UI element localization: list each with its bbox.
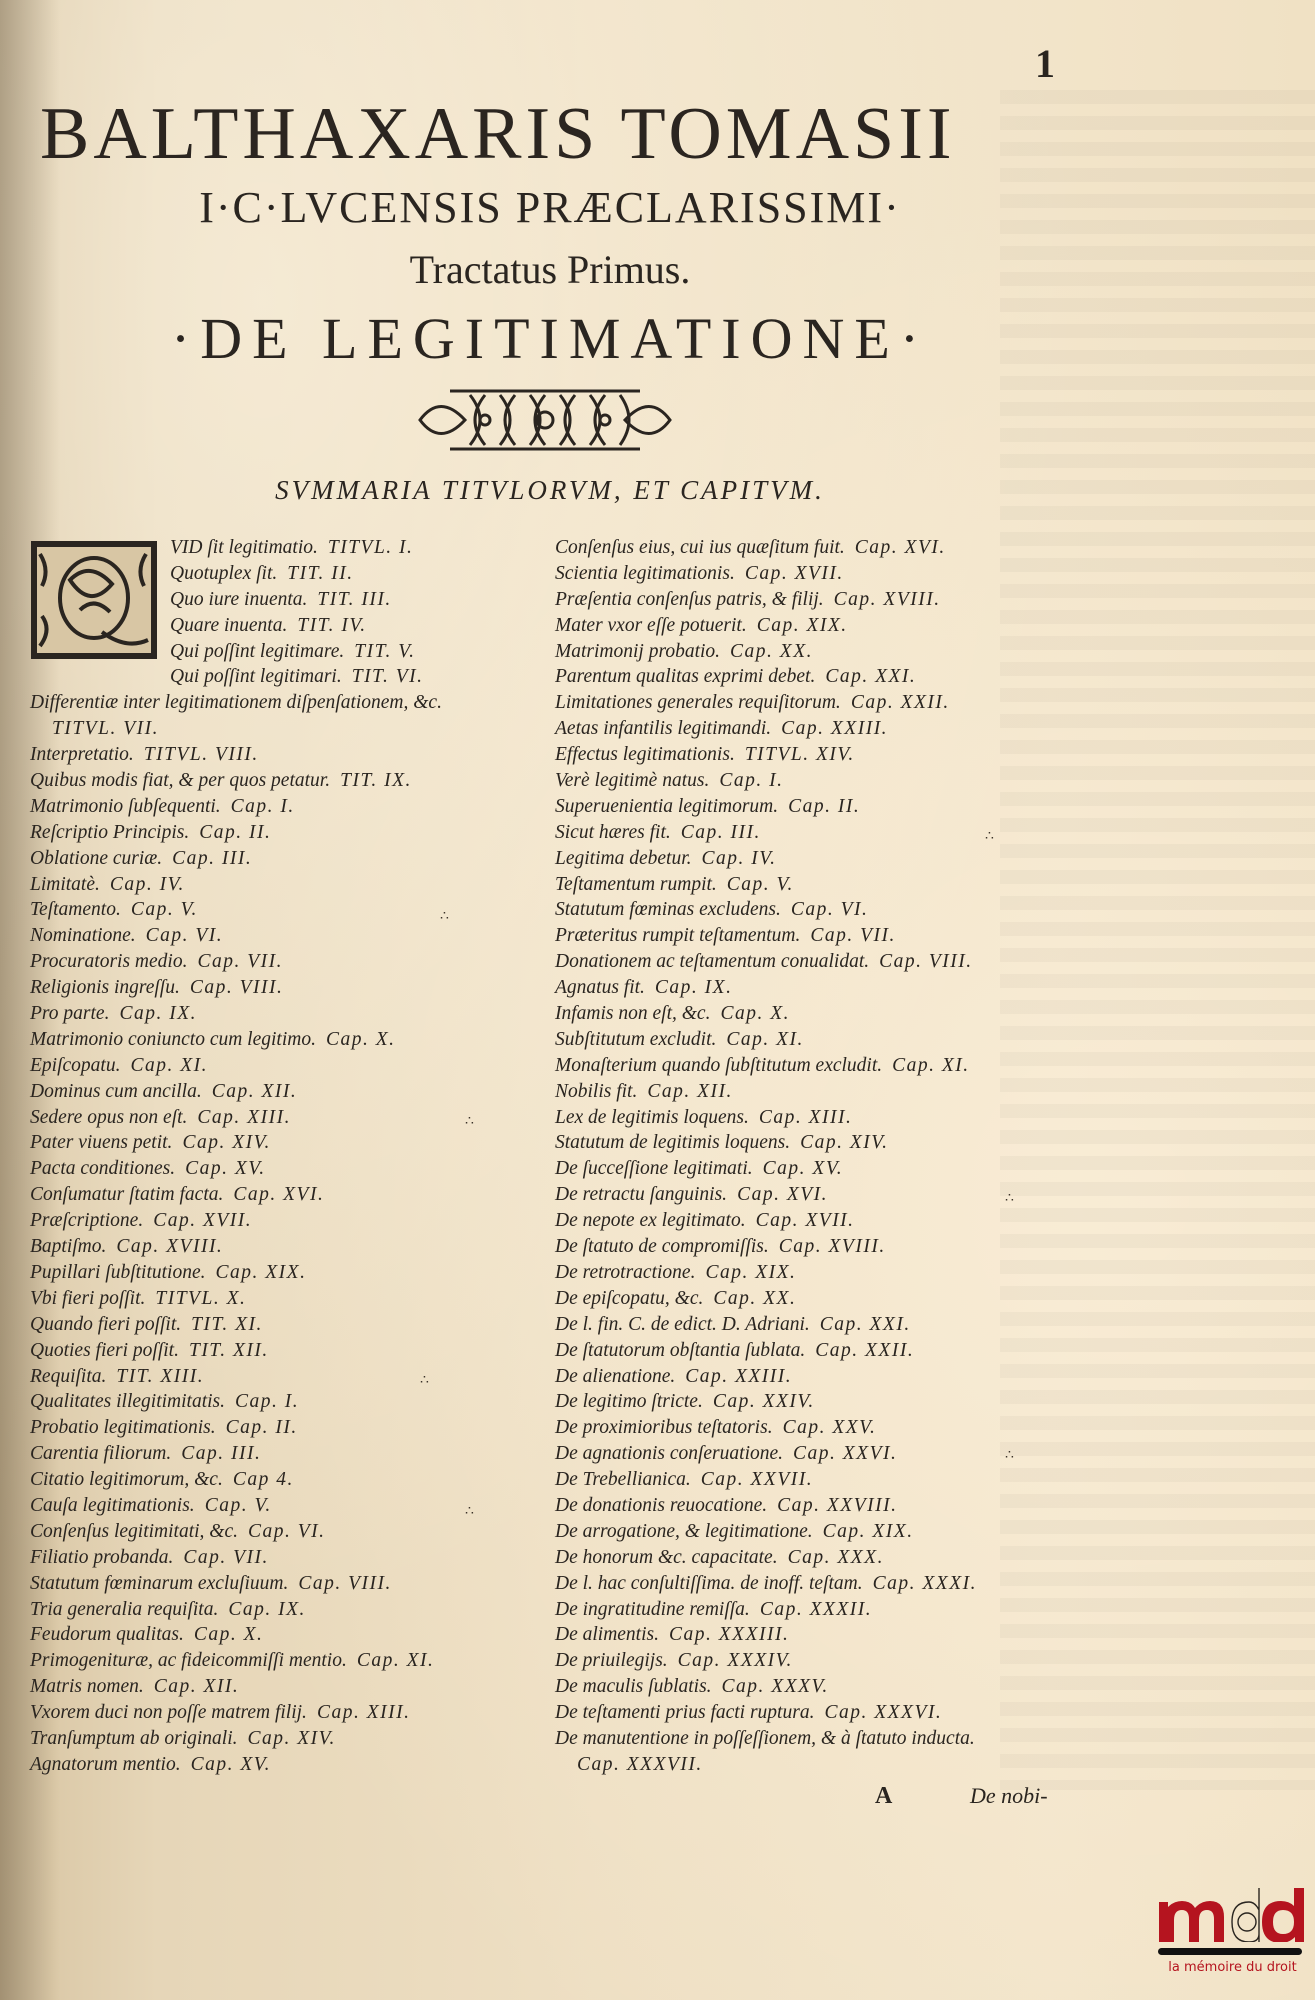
- contents-entry: Verè legitimè natus.Cap. I.: [555, 768, 1075, 794]
- contents-entry: Conſenſus eius, cui ius quæſitum fuit.Ca…: [555, 535, 1075, 561]
- entry-title: Sedere opus non eſt.: [30, 1107, 187, 1128]
- entry-title: Sicut hæres fit.: [555, 822, 671, 843]
- entry-reference: TIT. IX.: [340, 770, 412, 791]
- entry-title: Verè legitimè natus.: [555, 770, 709, 791]
- entry-reference: Cap. XIX.: [757, 615, 848, 636]
- entry-title: Teſtamento.: [30, 899, 121, 920]
- entry-title: Nominatione.: [30, 925, 136, 946]
- contents-entry: Cauſa legitimationis.Cap. V.: [30, 1493, 540, 1519]
- contents-entry: De Trebellianica.Cap. XXVII.: [555, 1467, 1075, 1493]
- contents-entry: Conſenſus legitimitati, &c.Cap. VI.: [30, 1519, 540, 1545]
- entry-reference: Cap. II.: [226, 1417, 298, 1438]
- contents-entry: De donationis reuocatione.Cap. XXVIII.: [555, 1493, 1075, 1519]
- entry-reference: TIT. VI.: [352, 666, 424, 687]
- entry-title: De teſtamenti prius facti ruptura.: [555, 1702, 814, 1723]
- entry-title: Tranſumptum ab originali.: [30, 1728, 238, 1749]
- contents-entry: De manutentione in poſſeſſionem, & à ſta…: [555, 1726, 1075, 1752]
- entry-reference: Cap. XII.: [154, 1676, 240, 1697]
- contents-entry: Quibus modis fiat, & per quos petatur.TI…: [30, 768, 540, 794]
- entry-reference: Cap. VIII.: [190, 977, 284, 998]
- entry-title: Pacta conditiones.: [30, 1158, 175, 1179]
- entry-title: De priuilegijs.: [555, 1650, 668, 1671]
- ink-speck: ∴: [465, 1503, 474, 1520]
- contents-entry: De alimentis.Cap. XXXIII.: [555, 1622, 1075, 1648]
- entry-title: De ingratitudine remiſſa.: [555, 1599, 750, 1620]
- entry-reference: TITVL. XIV.: [745, 744, 855, 765]
- entry-reference: Cap. XVIII.: [116, 1236, 223, 1257]
- entry-title: Pater viuens petit.: [30, 1132, 172, 1153]
- contents-entry: Qui poſſint legitimare.TIT. V.: [30, 639, 540, 665]
- entry-title: Vbi fieri poſſit.: [30, 1288, 145, 1309]
- entry-reference: Cap. XXXII.: [760, 1599, 872, 1620]
- entry-reference: Cap. XXXVII.: [577, 1754, 703, 1775]
- contents-entry: Primogenituræ, ac fideicommiſſi mentio.C…: [30, 1648, 540, 1674]
- contents-entry: Sicut hæres fit.Cap. III.: [555, 820, 1075, 846]
- contents-entry: De epiſcopatu, &c.Cap. XX.: [555, 1286, 1075, 1312]
- entry-reference: TIT. XI.: [191, 1314, 263, 1335]
- author-title: BALTHAXARIS TOMASII: [40, 92, 1080, 177]
- entry-reference: Cap. II.: [199, 822, 271, 843]
- entry-reference: Cap. XXI.: [820, 1314, 911, 1335]
- contents-entry: Citatio legitimorum, &c.Cap 4.: [30, 1467, 540, 1493]
- entry-reference: Cap. VI.: [146, 925, 224, 946]
- contents-entry: Agnatorum mentio.Cap. XV.: [30, 1752, 540, 1778]
- contents-entry: Nominatione.Cap. VI.: [30, 923, 540, 949]
- contents-entry: Matrimonij probatio.Cap. XX.: [555, 639, 1075, 665]
- entry-reference: Cap. XX.: [713, 1288, 796, 1309]
- entry-reference: TIT. IV.: [297, 615, 366, 636]
- entry-title: Quare inuenta.: [170, 615, 287, 636]
- entry-title: De Trebellianica.: [555, 1469, 691, 1490]
- entry-title: De ſucceſſione legitimati.: [555, 1158, 753, 1179]
- entry-title: Monaſterium quando ſubſtitutum excludit.: [555, 1055, 882, 1076]
- logo-divider: [1158, 1948, 1302, 1955]
- entry-reference: Cap. XV.: [185, 1158, 265, 1179]
- contents-entry: Probatio legitimationis.Cap. II.: [30, 1415, 540, 1441]
- contents-entry: De alienatione.Cap. XXIII.: [555, 1364, 1075, 1390]
- contents-entry: Præſentia conſenſus patris, & filij.Cap.…: [555, 587, 1075, 613]
- entry-title: De proximioribus teſtatoris.: [555, 1417, 773, 1438]
- entry-reference: TIT. III.: [317, 589, 391, 610]
- contents-entry: De retrotractione.Cap. XIX.: [555, 1260, 1075, 1286]
- entry-title: Agnatorum mentio.: [30, 1754, 181, 1775]
- entry-reference: Cap. XIX.: [823, 1521, 914, 1542]
- contents-entry: Subſtitutum excludit.Cap. XI.: [555, 1027, 1075, 1053]
- entry-title: Matris nomen.: [30, 1676, 144, 1697]
- entry-reference: Cap. XVII.: [745, 563, 844, 584]
- entry-title: Quotuplex ſit.: [170, 563, 277, 584]
- contents-entry: Differentiæ inter legitimationem diſpenſ…: [30, 690, 540, 716]
- entry-title: Quoties fieri poſſit.: [30, 1340, 179, 1361]
- entry-title: VID ſit legitimatio.: [170, 537, 318, 558]
- contents-entry: Epiſcopatu.Cap. XI.: [30, 1053, 540, 1079]
- entry-title: Reſcriptio Principis.: [30, 822, 189, 843]
- entry-title: Epiſcopatu.: [30, 1055, 120, 1076]
- entry-reference: Cap. III.: [172, 848, 252, 869]
- right-contents-column: Conſenſus eius, cui ius quæſitum fuit.Ca…: [555, 535, 1075, 1778]
- entry-reference: Cap. I.: [235, 1391, 299, 1412]
- entry-reference: Cap. XVIII.: [779, 1236, 886, 1257]
- entry-title: Pro parte.: [30, 1003, 109, 1024]
- entry-title: De legitimo ſtricte.: [555, 1391, 703, 1412]
- entry-reference: Cap. XXXIV.: [678, 1650, 793, 1671]
- contents-entry: Pacta conditiones.Cap. XV.: [30, 1156, 540, 1182]
- entry-reference: Cap. XIV.: [182, 1132, 270, 1153]
- entry-title: Limitatè.: [30, 874, 100, 895]
- contents-entry: Statutum fœminarum excluſiuum.Cap. VIII.: [30, 1571, 540, 1597]
- contents-entry: Aetas infantilis legitimandi.Cap. XXIII.: [555, 716, 1075, 742]
- entry-reference: Cap. XV.: [763, 1158, 843, 1179]
- ink-speck: ∴: [420, 1372, 429, 1389]
- entry-reference: Cap. XXI.: [825, 666, 916, 687]
- contents-entry: Vxorem duci non poſſe matrem filij.Cap. …: [30, 1700, 540, 1726]
- contents-entry: Teſtamento.Cap. V.: [30, 897, 540, 923]
- contents-entry: Qualitates illegitimitatis.Cap. I.: [30, 1389, 540, 1415]
- entry-reference: Cap. V.: [131, 899, 198, 920]
- entry-title: Dominus cum ancilla.: [30, 1081, 202, 1102]
- entry-title: Primogenituræ, ac fideicommiſſi mentio.: [30, 1650, 347, 1671]
- entry-reference: Cap. VI.: [791, 899, 869, 920]
- entry-title: Quo iure inuenta.: [170, 589, 307, 610]
- entry-title: Præteritus rumpit teſtamentum.: [555, 925, 800, 946]
- contents-entry: De legitimo ſtricte.Cap. XXIV.: [555, 1389, 1075, 1415]
- entry-title: Statutum fœminarum excluſiuum.: [30, 1573, 288, 1594]
- contents-entry: Præteritus rumpit teſtamentum.Cap. VII.: [555, 923, 1075, 949]
- contents-entry: De teſtamenti prius facti ruptura.Cap. X…: [555, 1700, 1075, 1726]
- entry-reference: Cap. XXIV.: [713, 1391, 815, 1412]
- summary-heading: SVMMARIA TITVLORVM, ET CAPITVM.: [150, 475, 950, 506]
- contents-entry: Reſcriptio Principis.Cap. II.: [30, 820, 540, 846]
- contents-entry: Teſtamentum rumpit.Cap. V.: [555, 872, 1075, 898]
- entry-title: Baptiſmo.: [30, 1236, 106, 1257]
- entry-reference: Cap. XXVIII.: [777, 1495, 897, 1516]
- entry-title: Superuenientia legitimorum.: [555, 796, 778, 817]
- entry-reference: Cap. I.: [231, 796, 295, 817]
- entry-reference: Cap. XXII.: [815, 1340, 914, 1361]
- contents-entry: Lex de legitimis loquens.Cap. XIII.: [555, 1105, 1075, 1131]
- entry-reference: TITVL. VII.: [52, 718, 159, 739]
- contents-entry: De ſtatutorum obſtantia ſublata.Cap. XXI…: [555, 1338, 1075, 1364]
- entry-reference: Cap. VII.: [197, 951, 283, 972]
- contents-entry: Oblatione curiæ.Cap. III.: [30, 846, 540, 872]
- entry-reference: Cap. XI.: [726, 1029, 804, 1050]
- entry-title: Præſentia conſenſus patris, & filij.: [555, 589, 824, 610]
- entry-title: De l. hac conſultiſſima. de inoff. teſta…: [555, 1573, 863, 1594]
- entry-title: Quibus modis fiat, & per quos petatur.: [30, 770, 330, 791]
- entry-reference: Cap. VII.: [810, 925, 896, 946]
- entry-reference: Cap. XIX.: [705, 1262, 796, 1283]
- entry-title: Aetas infantilis legitimandi.: [555, 718, 771, 739]
- entry-title: Nobilis fit.: [555, 1081, 637, 1102]
- entry-reference: Cap. XIII.: [759, 1107, 853, 1128]
- contents-entry: Monaſterium quando ſubſtitutum excludit.…: [555, 1053, 1075, 1079]
- entry-title: Subſtitutum excludit.: [555, 1029, 716, 1050]
- entry-title: De agnationis conſeruatione.: [555, 1443, 783, 1464]
- contents-entry: Feudorum qualitas.Cap. X.: [30, 1622, 540, 1648]
- entry-title: Teſtamentum rumpit.: [555, 874, 717, 895]
- entry-title: Matrimonio ſubſequenti.: [30, 796, 221, 817]
- entry-title: Pupillari ſubſtitutione.: [30, 1262, 206, 1283]
- entry-reference: TIT. XIII.: [116, 1366, 204, 1387]
- entry-title: De ſtatuto de compromiſſis.: [555, 1236, 769, 1257]
- contents-entry: Qui poſſint legitimari.TIT. VI.: [30, 664, 540, 690]
- logo-tagline: la mémoire du droit: [1155, 1960, 1310, 1975]
- contents-entry: Pater viuens petit.Cap. XIV.: [30, 1130, 540, 1156]
- entry-reference: Cap. XXVI.: [793, 1443, 897, 1464]
- contents-entry: Interpretatio.TITVL. VIII.: [30, 742, 540, 768]
- entry-reference: Cap. XII.: [212, 1081, 298, 1102]
- entry-title: Requiſita.: [30, 1366, 106, 1387]
- entry-reference: Cap. IV.: [110, 874, 185, 895]
- contents-entry: Quo iure inuenta.TIT. III.: [30, 587, 540, 613]
- contents-entry: Agnatus fit.Cap. IX.: [555, 975, 1075, 1001]
- contents-entry: Religionis ingreſſu.Cap. VIII.: [30, 975, 540, 1001]
- entry-reference: TIT. II.: [287, 563, 353, 584]
- entry-title: De maculis ſublatis.: [555, 1676, 712, 1697]
- entry-reference: Cap. XXXVI.: [824, 1702, 942, 1723]
- entry-title: De donationis reuocatione.: [555, 1495, 767, 1516]
- entry-title: De l. fin. C. de edict. D. Adriani.: [555, 1314, 810, 1335]
- page-number: 1: [1035, 40, 1055, 87]
- entry-reference: Cap. XVII.: [153, 1210, 252, 1231]
- entry-title: Parentum qualitas exprimi debet.: [555, 666, 815, 687]
- entry-reference: Cap. III.: [681, 822, 761, 843]
- contents-entry: De ſtatuto de compromiſſis.Cap. XVIII.: [555, 1234, 1075, 1260]
- contents-entry: De ſucceſſione legitimati.Cap. XV.: [555, 1156, 1075, 1182]
- entry-title: De alienatione.: [555, 1366, 675, 1387]
- contents-entry: Præſcriptione.Cap. XVII.: [30, 1208, 540, 1234]
- entry-title: Infamis non eſt, &c.: [555, 1003, 710, 1024]
- contents-entry: Matrimonio ſubſequenti.Cap. I.: [30, 794, 540, 820]
- entry-title: Differentiæ inter legitimationem diſpenſ…: [30, 692, 442, 713]
- entry-title: Effectus legitimationis.: [555, 744, 735, 765]
- entry-title: Statutum de legitimis loquens.: [555, 1132, 790, 1153]
- contents-entry: Filiatio probanda.Cap. VII.: [30, 1545, 540, 1571]
- entry-title: De nepote ex legitimato.: [555, 1210, 746, 1231]
- entry-reference: Cap. XXXI.: [873, 1573, 977, 1594]
- ink-speck: ∴: [985, 828, 994, 845]
- contents-entry: Donationem ac teſtamentum conualidat.Cap…: [555, 949, 1075, 975]
- contents-entry: TITVL. VII.: [30, 716, 540, 742]
- entry-reference: Cap. XV.: [191, 1754, 271, 1775]
- entry-reference: Cap. V.: [727, 874, 794, 895]
- entry-reference: Cap. XIV.: [800, 1132, 888, 1153]
- ink-speck: ∴: [440, 908, 449, 925]
- entry-reference: Cap. XVI.: [233, 1184, 324, 1205]
- entry-reference: Cap. XIX.: [216, 1262, 307, 1283]
- entry-title: Scientia legitimationis.: [555, 563, 735, 584]
- entry-reference: Cap. XXIII.: [685, 1366, 792, 1387]
- contents-entry: De priuilegijs.Cap. XXXIV.: [555, 1648, 1075, 1674]
- entry-reference: Cap. II.: [788, 796, 860, 817]
- entry-reference: TIT. V.: [354, 641, 415, 662]
- entry-reference: Cap. III.: [181, 1443, 261, 1464]
- entry-title: De honorum &c. capacitate.: [555, 1547, 778, 1568]
- entry-reference: Cap. XVI.: [737, 1184, 828, 1205]
- contents-entry: Tranſumptum ab originali.Cap. XIV.: [30, 1726, 540, 1752]
- entry-title: De alimentis.: [555, 1624, 659, 1645]
- entry-reference: Cap. XX.: [730, 641, 813, 662]
- entry-reference: TIT. XII.: [189, 1340, 269, 1361]
- contents-entry: Requiſita.TIT. XIII.: [30, 1364, 540, 1390]
- contents-entry: Scientia legitimationis.Cap. XVII.: [555, 561, 1075, 587]
- entry-reference: Cap. IV.: [702, 848, 777, 869]
- entry-title: Legitima debetur.: [555, 848, 692, 869]
- contents-entry: Dominus cum ancilla.Cap. XII.: [30, 1079, 540, 1105]
- entry-reference: Cap. XI.: [357, 1650, 435, 1671]
- entry-reference: Cap. V.: [205, 1495, 272, 1516]
- entry-reference: Cap. XIV.: [248, 1728, 336, 1749]
- entry-reference: Cap. XXII.: [851, 692, 950, 713]
- entry-title: Conſenſus legitimitati, &c.: [30, 1521, 238, 1542]
- entry-reference: Cap. IX.: [119, 1003, 197, 1024]
- entry-reference: Cap. IX.: [655, 977, 733, 998]
- book-page: 1 BALTHAXARIS TOMASII I·C·LVCENSIS PRÆCL…: [0, 0, 1315, 2000]
- entry-title: Filiatio probanda.: [30, 1547, 173, 1568]
- entry-title: De epiſcopatu, &c.: [555, 1288, 703, 1309]
- contents-entry: Pro parte.Cap. IX.: [30, 1001, 540, 1027]
- ink-speck: ∴: [465, 1113, 474, 1130]
- entry-title: Mater vxor eſſe potuerit.: [555, 615, 747, 636]
- entry-title: Limitationes generales requiſitorum.: [555, 692, 841, 713]
- entry-reference: Cap. XXVII.: [701, 1469, 813, 1490]
- contents-entry: Carentia filiorum.Cap. III.: [30, 1441, 540, 1467]
- entry-reference: Cap. XVII.: [756, 1210, 855, 1231]
- entry-title: Statutum fœminas excludens.: [555, 899, 781, 920]
- publisher-watermark: la mémoire du droit: [1155, 1888, 1305, 1993]
- entry-reference: Cap. XXXV.: [722, 1676, 829, 1697]
- contents-entry: De l. hac conſultiſſima. de inoff. teſta…: [555, 1571, 1075, 1597]
- ink-speck: ∴: [1005, 1190, 1014, 1207]
- entry-reference: Cap. XI.: [892, 1055, 970, 1076]
- entry-title: Feudorum qualitas.: [30, 1624, 184, 1645]
- contents-entry: Vbi fieri poſſit.TITVL. X.: [30, 1286, 540, 1312]
- entry-reference: Cap. VIII.: [298, 1573, 392, 1594]
- contents-entry: Superuenientia legitimorum.Cap. II.: [555, 794, 1075, 820]
- contents-entry: Parentum qualitas exprimi debet.Cap. XXI…: [555, 664, 1075, 690]
- contents-entry: Matris nomen.Cap. XII.: [30, 1674, 540, 1700]
- entry-reference: Cap. VI.: [248, 1521, 326, 1542]
- entry-reference: Cap. X.: [194, 1624, 264, 1645]
- contents-entry: De nepote ex legitimato.Cap. XVII.: [555, 1208, 1075, 1234]
- treatise-label: Tractatus Primus.: [50, 246, 1050, 293]
- contents-entry: Quando fieri poſſit.TIT. XI.: [30, 1312, 540, 1338]
- contents-entry: Quotuplex ſit.TIT. II.: [30, 561, 540, 587]
- entry-reference: Cap. XII.: [647, 1081, 733, 1102]
- entry-title: De manutentione in poſſeſſionem, & à ſta…: [555, 1728, 975, 1749]
- contents-entry: Conſumatur ſtatim facta.Cap. XVI.: [30, 1182, 540, 1208]
- treatise-title: ·DE LEGITIMATIONE·: [50, 305, 1050, 372]
- entry-title: Carentia filiorum.: [30, 1443, 171, 1464]
- contents-entry: Quare inuenta.TIT. IV.: [30, 613, 540, 639]
- entry-reference: Cap. I.: [719, 770, 783, 791]
- entry-reference: Cap. XXX.: [788, 1547, 884, 1568]
- entry-reference: Cap. X.: [720, 1003, 790, 1024]
- entry-title: Religionis ingreſſu.: [30, 977, 180, 998]
- entry-reference: Cap. XI.: [130, 1055, 208, 1076]
- contents-entry: Cap. XXXVII.: [555, 1752, 1075, 1778]
- contents-entry: Legitima debetur.Cap. IV.: [555, 846, 1075, 872]
- entry-title: De retractu ſanguinis.: [555, 1184, 727, 1205]
- contents-entry: De honorum &c. capacitate.Cap. XXX.: [555, 1545, 1075, 1571]
- entry-title: Procuratoris medio.: [30, 951, 187, 972]
- entry-title: Probatio legitimationis.: [30, 1417, 216, 1438]
- contents-entry: De agnationis conſeruatione.Cap. XXVI.: [555, 1441, 1075, 1467]
- contents-entry: Statutum fœminas excludens.Cap. VI.: [555, 897, 1075, 923]
- signature-mark: A: [875, 1783, 892, 1810]
- entry-reference: Cap. VII.: [183, 1547, 269, 1568]
- contents-entry: Pupillari ſubſtitutione.Cap. XIX.: [30, 1260, 540, 1286]
- contents-entry: Infamis non eſt, &c.Cap. X.: [555, 1001, 1075, 1027]
- entry-title: Conſenſus eius, cui ius quæſitum fuit.: [555, 537, 845, 558]
- entry-title: Præſcriptione.: [30, 1210, 143, 1231]
- contents-entry: VID ſit legitimatio.TITVL. I.: [30, 535, 540, 561]
- entry-title: Cauſa legitimationis.: [30, 1495, 195, 1516]
- contents-entry: Nobilis fit.Cap. XII.: [555, 1079, 1075, 1105]
- contents-entry: Procuratoris medio.Cap. VII.: [30, 949, 540, 975]
- contents-entry: Sedere opus non eſt.Cap. XIII.: [30, 1105, 540, 1131]
- contents-entry: Effectus legitimationis.TITVL. XIV.: [555, 742, 1075, 768]
- entry-title: Vxorem duci non poſſe matrem filij.: [30, 1702, 307, 1723]
- printers-ornament-icon: [410, 383, 680, 457]
- contents-entry: De l. fin. C. de edict. D. Adriani.Cap. …: [555, 1312, 1075, 1338]
- contents-entry: Mater vxor eſſe potuerit.Cap. XIX.: [555, 613, 1075, 639]
- entry-title: Matrimonij probatio.: [555, 641, 720, 662]
- entry-reference: TITVL. VIII.: [144, 744, 259, 765]
- author-subtitle: I·C·LVCENSIS PRÆCLARISSIMI·: [50, 182, 1050, 233]
- entry-reference: Cap. XXXIII.: [669, 1624, 789, 1645]
- entry-reference: Cap 4.: [233, 1469, 294, 1490]
- entry-title: Qualitates illegitimitatis.: [30, 1391, 225, 1412]
- entry-reference: Cap. XVI.: [855, 537, 946, 558]
- entry-reference: Cap. XXIII.: [781, 718, 888, 739]
- entry-title: De ſtatutorum obſtantia ſublata.: [555, 1340, 805, 1361]
- entry-title: Lex de legitimis loquens.: [555, 1107, 749, 1128]
- contents-entry: De retractu ſanguinis.Cap. XVI.: [555, 1182, 1075, 1208]
- ink-speck: ∴: [1005, 1447, 1014, 1464]
- entry-reference: Cap. IX.: [228, 1599, 306, 1620]
- entry-reference: Cap. XIII.: [317, 1702, 411, 1723]
- entry-title: Donationem ac teſtamentum conualidat.: [555, 951, 869, 972]
- contents-entry: Limitationes generales requiſitorum.Cap.…: [555, 690, 1075, 716]
- entry-title: Conſumatur ſtatim facta.: [30, 1184, 223, 1205]
- contents-entry: Tria generalia requiſita.Cap. IX.: [30, 1597, 540, 1623]
- entry-title: Interpretatio.: [30, 744, 134, 765]
- mdd-logo-icon: [1159, 1888, 1304, 1942]
- entry-reference: Cap. XXV.: [783, 1417, 877, 1438]
- catchword: De nobi-: [970, 1783, 1048, 1809]
- entry-reference: Cap. VIII.: [879, 951, 973, 972]
- entry-title: Matrimonio coniuncto cum legitimo.: [30, 1029, 316, 1050]
- entry-reference: Cap. X.: [326, 1029, 396, 1050]
- entry-reference: Cap. XIII.: [197, 1107, 291, 1128]
- entry-title: Tria generalia requiſita.: [30, 1599, 218, 1620]
- entry-title: Qui poſſint legitimare.: [170, 641, 344, 662]
- entry-reference: Cap. XVIII.: [834, 589, 941, 610]
- contents-entry: De arrogatione, & legitimatione.Cap. XIX…: [555, 1519, 1075, 1545]
- contents-entry: Statutum de legitimis loquens.Cap. XIV.: [555, 1130, 1075, 1156]
- contents-entry: De ingratitudine remiſſa.Cap. XXXII.: [555, 1597, 1075, 1623]
- contents-entry: Baptiſmo.Cap. XVIII.: [30, 1234, 540, 1260]
- contents-entry: Quoties fieri poſſit.TIT. XII.: [30, 1338, 540, 1364]
- entry-title: Quando fieri poſſit.: [30, 1314, 181, 1335]
- entry-reference: TITVL. I.: [328, 537, 414, 558]
- entry-reference: TITVL. X.: [155, 1288, 246, 1309]
- entry-title: Qui poſſint legitimari.: [170, 666, 342, 687]
- contents-entry: Limitatè.Cap. IV.: [30, 872, 540, 898]
- contents-entry: De maculis ſublatis.Cap. XXXV.: [555, 1674, 1075, 1700]
- entry-title: Citatio legitimorum, &c.: [30, 1469, 223, 1490]
